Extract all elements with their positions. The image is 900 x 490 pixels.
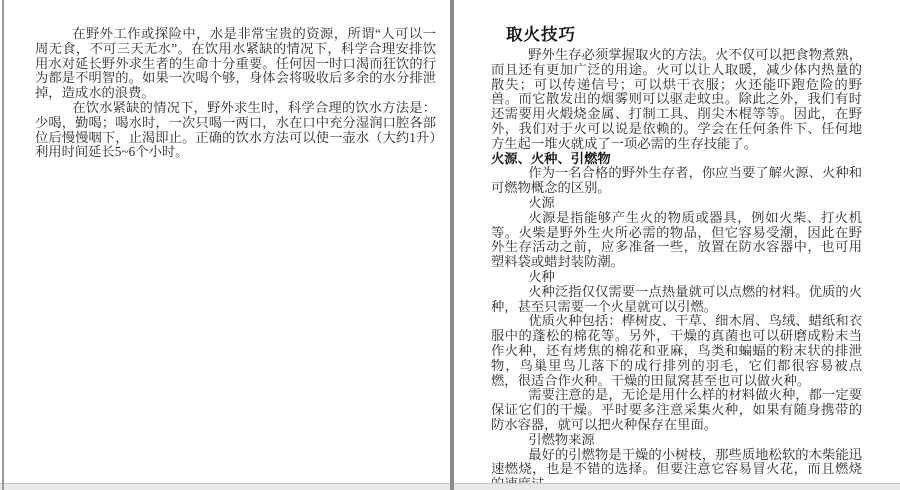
right-page: 取火技巧 野外生存必须掌握取火的方法。火不仅可以把食物煮熟，而且还有更加广泛的用… [454,0,900,490]
paragraph: 需要注意的是，无论是用什么样的材料做火种，都一定要保证它们的干燥。平时要多注意采… [491,388,862,432]
subsection-label: 火种 [491,270,862,285]
paragraph: 在野外工作或探险中，水是非常宝贵的资源，所谓“人可以一周无食，不可三天无水”。在… [35,27,436,101]
left-page: 在野外工作或探险中，水是非常宝贵的资源，所谓“人可以一周无食，不可三天无水”。在… [4,0,450,490]
paragraph: 野外生存必须掌握取火的方法。火不仅可以把食物煮熟，而且还有更加广泛的用途。火可以… [491,48,862,152]
paragraph: 火种泛指仅仅需要一点热量就可以点燃的材料。优质的火种，甚至只需要一个火星就可以引… [491,285,862,315]
subsection-label: 火源 [491,196,862,211]
page-title: 取火技巧 [506,26,862,44]
page-gutter-divider [450,0,454,490]
paragraph: 作为一名合格的野外生存者，你应当要了解火源、火种和可燃物概念的区别。 [491,166,862,196]
subsection-label: 引燃物来源 [491,433,862,448]
page-left-border [2,0,4,490]
paragraph: 火源是指能够产生火的物质或器具，例如火柴、打火机等。火柴是野外生火所必需的物品，… [491,211,862,270]
paragraph: 在饮水紧缺的情况下，野外求生时，科学合理的饮水方法是：少喝，勤喝；喝水时，一次只… [35,101,436,160]
paragraph: 优质火种包括：桦树皮、干草、细木屑、鸟绒、蜡纸和衣服中的蓬松的棉花等。另外，干燥… [491,314,862,388]
